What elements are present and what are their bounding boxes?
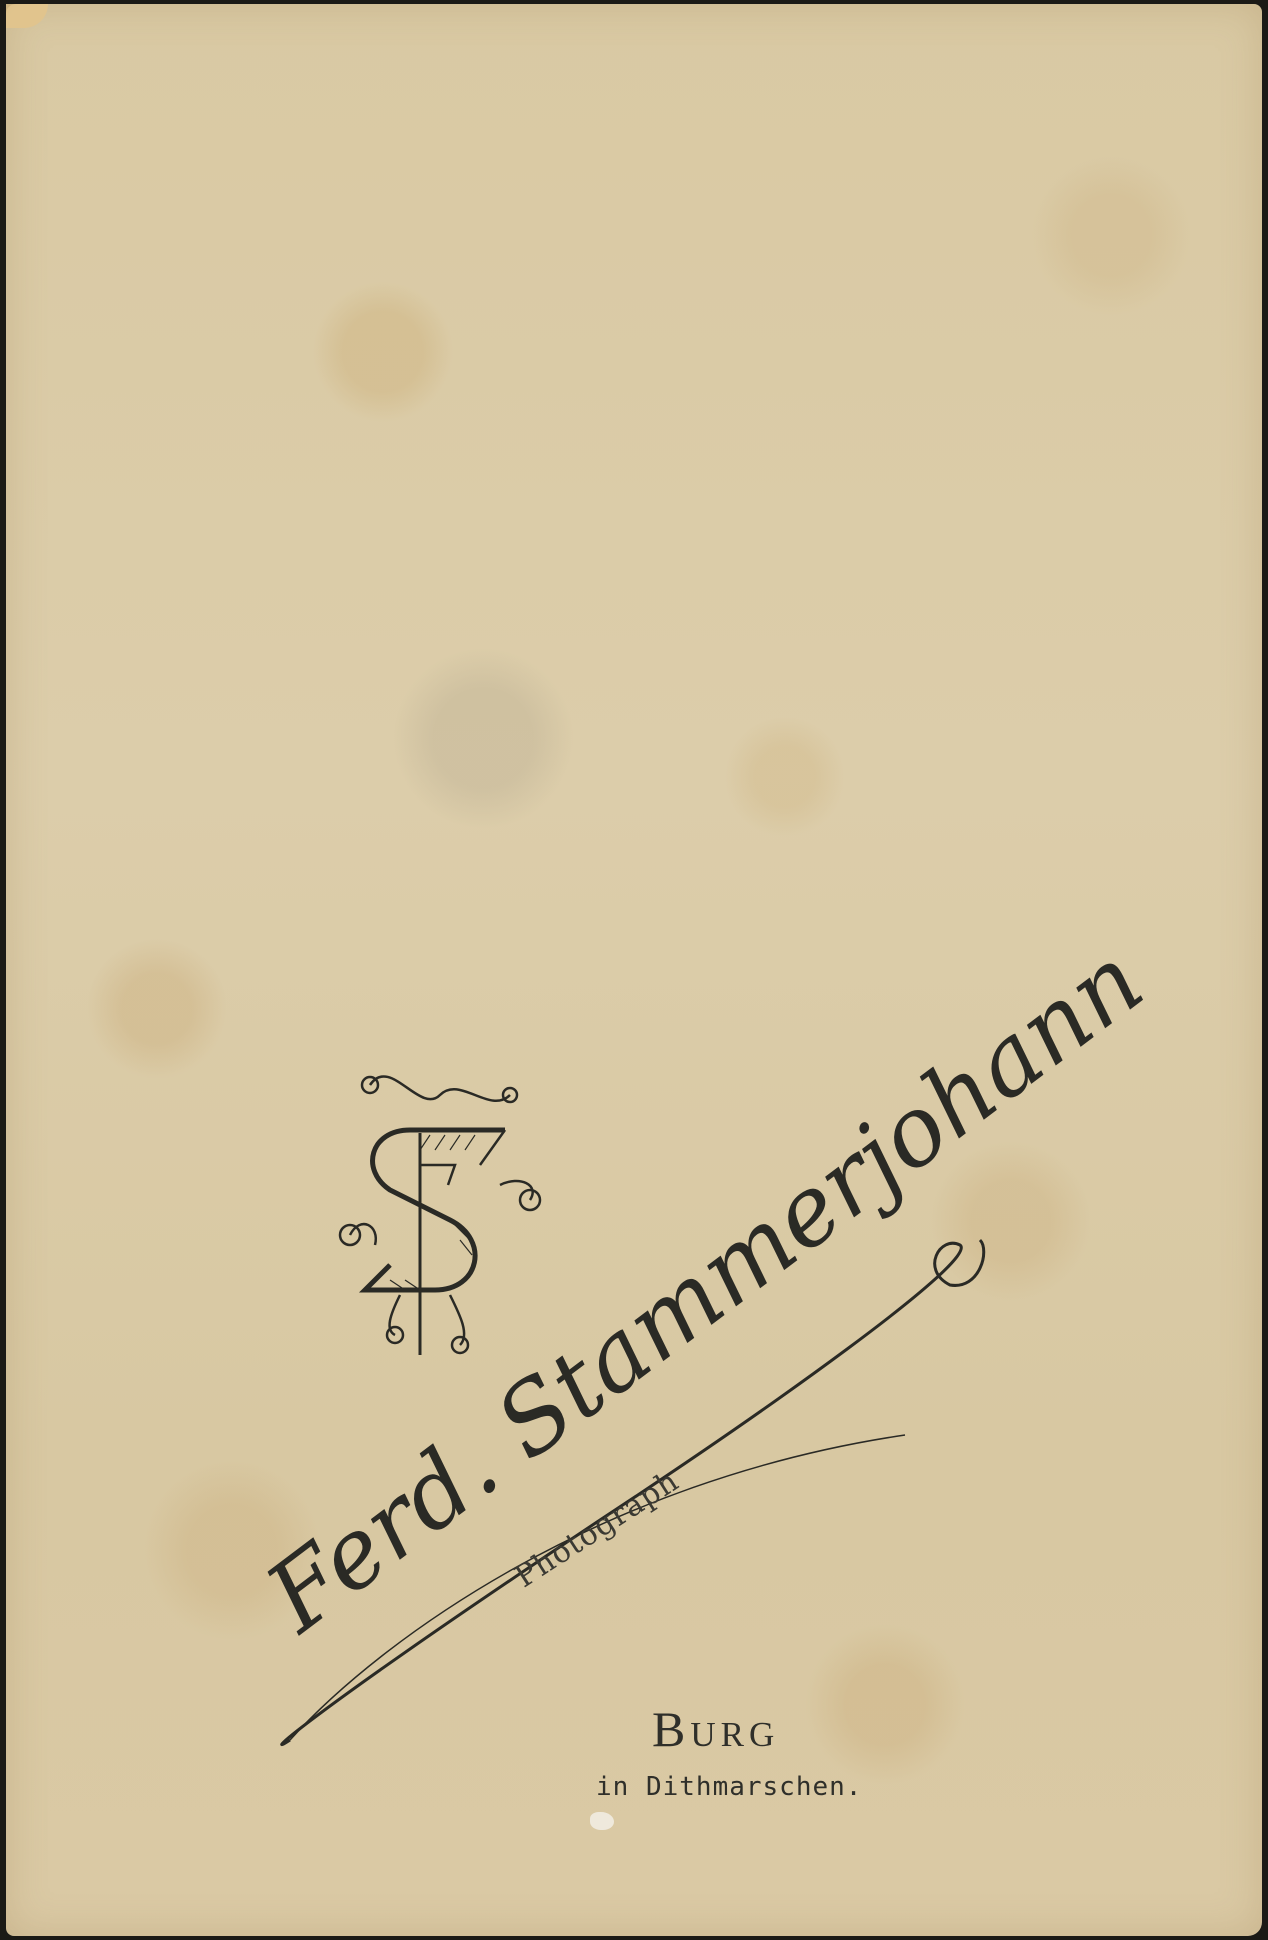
svg-text:Ferd. Stammerjohann: Ferd. Stammerjohann [245,924,1163,1654]
city-label: Burg [0,1700,1268,1758]
region-label: in Dithmarschen. [596,1772,862,1802]
studio-signature: Ferd. Stammerjohann [0,0,1268,1940]
paper-tear [590,1812,614,1830]
